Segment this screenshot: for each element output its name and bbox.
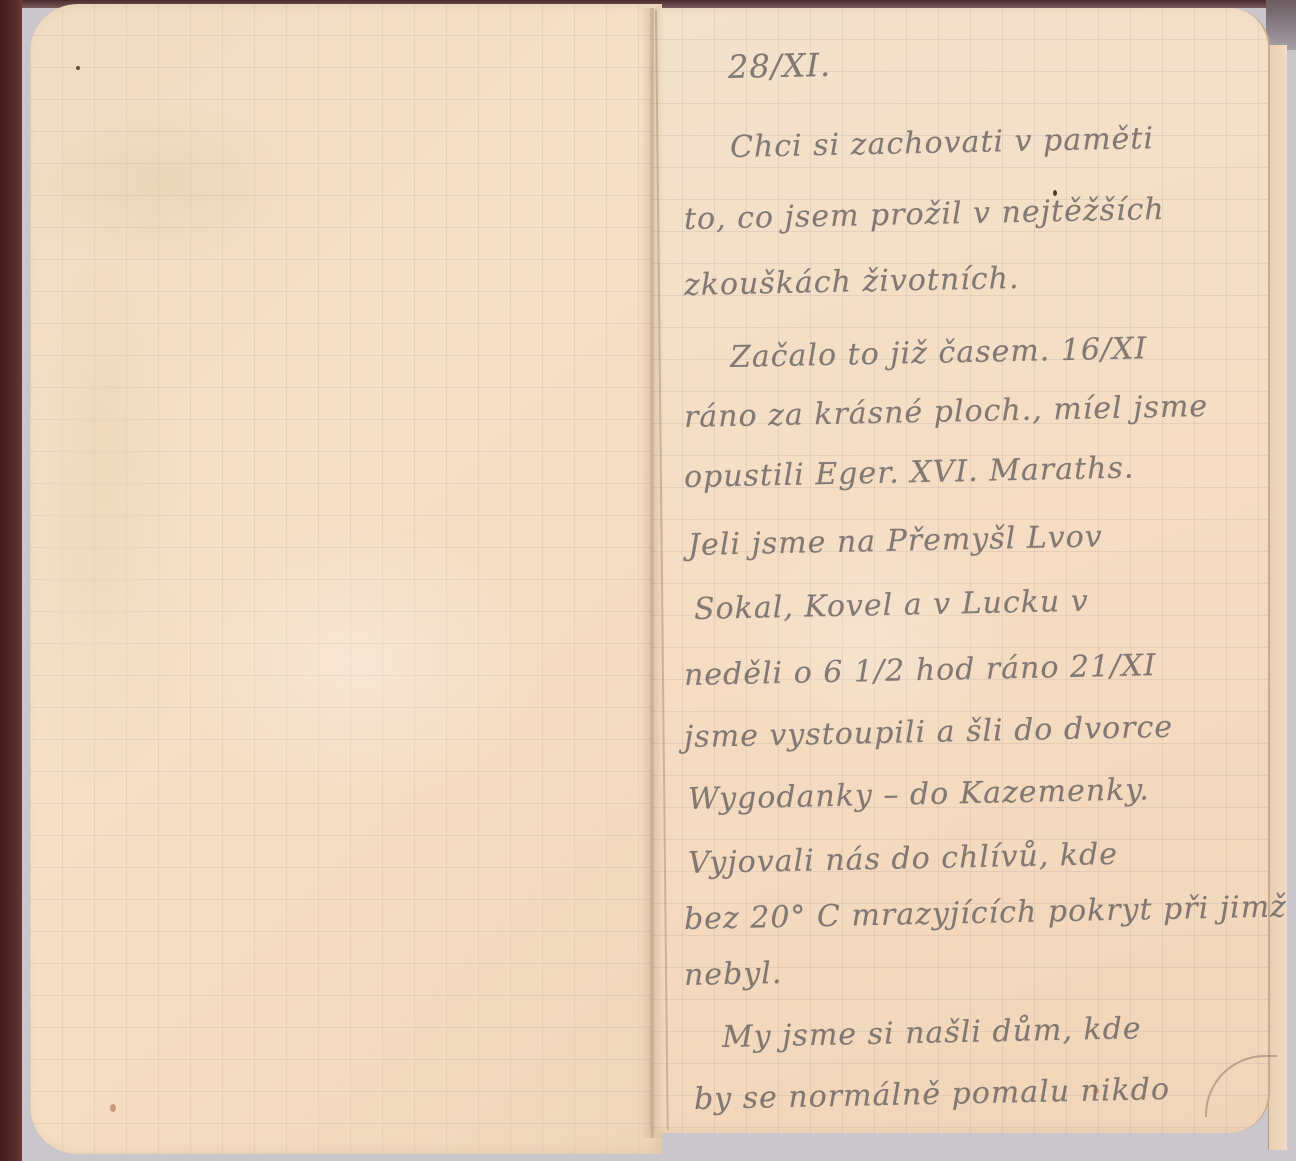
handwritten-line: zkouškách životních.: [684, 261, 1020, 303]
water-stain: [38, 234, 168, 654]
foxing-spot: [76, 66, 80, 70]
background-surface: [1266, 0, 1296, 50]
notebook-scan: 28/XI. Chci si zachovati v paměti to, co…: [0, 0, 1296, 1161]
left-page: [30, 4, 662, 1154]
handwritten-line: nebyl.: [684, 956, 783, 993]
notebook-cover-edge: [0, 0, 22, 1161]
foxing-spot: [110, 1104, 116, 1112]
back-page-edge: [1268, 45, 1287, 1150]
entry-date: 28/XI.: [728, 46, 832, 86]
